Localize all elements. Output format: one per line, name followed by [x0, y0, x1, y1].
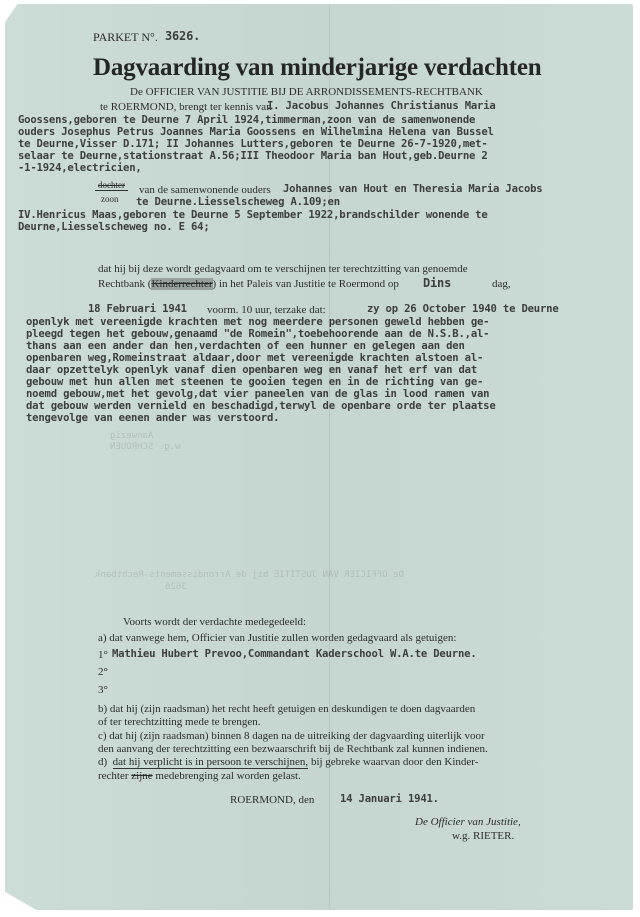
witness-1-label: 1°: [98, 649, 108, 661]
item-d-medebrenging: medebrenging zal worden gelast.: [155, 770, 300, 782]
signature-name: w.g. RIETER.: [452, 830, 514, 842]
notice-item-c-1: c) dat hij (zijn raadsman) binnen 8 dage…: [98, 730, 485, 742]
charge-line: tengevolge van eenen ander was verstoord…: [26, 412, 279, 425]
notice-intro: Voorts wordt der verdachte medegedeeld:: [123, 616, 306, 628]
item-d-rechter: rechter: [98, 770, 129, 782]
intro-line-1: De OFFICIER VAN JUSTITIE BIJ DE ARRONDIS…: [130, 86, 483, 98]
item-d-underlined: dat hij verplicht is in persoon te versc…: [113, 756, 309, 769]
summons-line-2: Rechtbank (Kinderrechter) in het Paleis …: [98, 278, 399, 290]
bleed-through-text: De OFFICIER VAN JUSTITIE bij de Arrondis…: [95, 570, 404, 580]
witness-1-name: Mathieu Hubert Prevoo,Commandant Kadersc…: [112, 648, 477, 661]
witness-2-label: 2°: [98, 666, 108, 678]
zoon-label: zoon: [101, 194, 119, 204]
place-date: 14 Januari 1941.: [340, 793, 439, 806]
summons-line-2b: ) in het Paleis van Justitie te Roermond…: [213, 278, 399, 290]
intro-line-2: te ROERMOND, brengt ter kennis van: [100, 101, 272, 113]
parket-number: 3626.: [165, 29, 200, 43]
summons-line-1: dat hij bij deze wordt gedagvaard om te …: [98, 263, 468, 275]
day-suffix: dag,: [492, 278, 511, 290]
hearing-date: 18 Februari 1941: [88, 303, 187, 316]
place-label: ROERMOND, den: [230, 794, 314, 806]
defendant-1-name: I. Jacobus Johannes Christianus Maria: [267, 100, 496, 113]
notice-item-d-1: d) dat hij verplicht is in persoon te ve…: [98, 756, 478, 768]
notice-item-b-1: b) dat hij (zijn raadsman) het recht hee…: [98, 703, 475, 715]
item-d-prefix: d): [98, 756, 107, 768]
struck-zijne: zijne: [131, 770, 152, 782]
notice-item-a: a) dat vanwege hem, Officier van Justiti…: [98, 632, 456, 644]
struck-kinderrechter: Kinderrechter: [151, 278, 212, 290]
notice-item-c-2: den aanvang der terechtzitting een bezwa…: [98, 743, 488, 755]
typed-line: -1-1924,electricien,: [18, 162, 142, 175]
parents-address: te Deurne.Liesselscheweg A.109;en: [136, 196, 340, 209]
parents-names: Johannes van Hout en Theresia Maria Jaco…: [283, 183, 542, 196]
ouders-label: van de samenwonende ouders: [139, 184, 271, 196]
document-title: Dagvaarding van minderjarige verdachten: [93, 54, 541, 82]
item-d-rest: bij gebreke waarvan door den Kinder-: [311, 756, 478, 768]
bleed-through-text: 3626: [165, 582, 187, 592]
hearing-time: voorm. 10 uur, terzake dat:: [207, 304, 326, 316]
document-page: PARKET N°. 3626. Dagvaarding van minderj…: [5, 4, 633, 910]
charge-first: zy op 26 October 1940 te Deurne: [367, 303, 559, 316]
day-typed: Dins: [423, 276, 451, 290]
notice-item-b-2: of ter terechtzitting mede te brengen.: [98, 716, 260, 728]
parket-label: PARKET N°.: [93, 30, 158, 45]
bleed-through-text: Aanwezig: [110, 431, 153, 441]
witness-3-label: 3°: [98, 684, 108, 696]
notice-item-d-2: rechter zijne medebrenging zal worden ge…: [98, 770, 301, 782]
dochter-label: dochter: [95, 180, 128, 191]
typed-line: Deurne,Liesselscheweg no. E 64;: [18, 221, 210, 234]
signature-title: De Officier van Justitie,: [415, 816, 521, 828]
summons-line-2a: Rechtbank (: [98, 278, 151, 290]
bleed-through-text: w.g. SCHROUEN: [110, 442, 180, 452]
